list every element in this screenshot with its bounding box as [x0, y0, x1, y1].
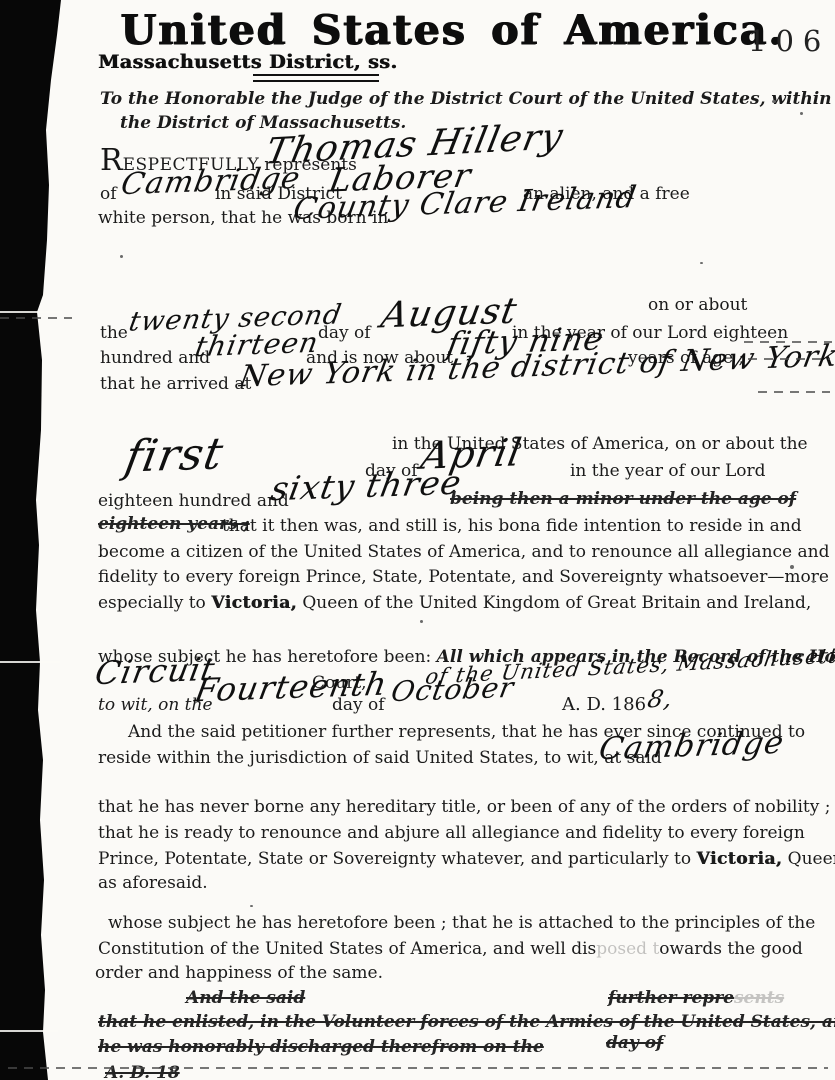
especially-label: especially to [98, 593, 206, 613]
us-arrival-day-handwritten: first [121, 428, 227, 482]
queen-text: Queen of the United Kingdom of Great Bri… [302, 593, 811, 613]
sovereign-name-2: Victoria, [696, 849, 782, 869]
allegiance-line-2a: Constitution of the United States of Ame… [98, 939, 596, 959]
paper-speck [772, 100, 776, 103]
current-residence-handwritten: Cambridge [596, 725, 787, 767]
paper-speck [812, 580, 815, 583]
day-of-label: day of [318, 321, 371, 346]
document-title: United States of America. [120, 6, 710, 54]
intention-line-2: become a citizen of the United States of… [98, 540, 829, 565]
nobility-line-1: that he has never borne any hereditary t… [98, 795, 831, 820]
arrived-at-label: that he arrived at [100, 372, 251, 397]
paper-speck [250, 905, 253, 907]
paper-speck [120, 255, 123, 258]
intention-line-1: that it then was, and still is, his bona… [222, 514, 802, 539]
heading-rule [253, 74, 379, 82]
struck-further-faded: sents [734, 988, 784, 1008]
record-month-handwritten: October [389, 671, 517, 708]
ad-label: A. D. 186 [562, 692, 646, 718]
district-heading: Massachusetts District, ss. [98, 51, 397, 73]
nobility-line-3a: Prince, Potentate, State or Sovereignty … [98, 849, 691, 869]
paper-speck [800, 112, 803, 115]
especially-line: especially to Victoria, Queen of the Uni… [98, 591, 811, 616]
page-number-stamp: 106 [748, 24, 830, 58]
struck-day-of: day of [606, 1033, 663, 1053]
nobility-line-4: as aforesaid. [98, 871, 208, 896]
eighteen-hundred-label: eighteen hundred and [98, 489, 289, 514]
scan-dash-artifact [744, 341, 832, 343]
paper-speck [420, 620, 423, 623]
the-label: the [100, 321, 128, 346]
allegiance-line-2: Constitution of the United States of Ame… [98, 937, 803, 962]
allegiance-line-2-faded: posed t [596, 939, 659, 959]
scan-dash-artifact [0, 317, 72, 319]
respectfully-dropcap: R [100, 143, 123, 178]
struck-further-text: further repre [608, 988, 734, 1008]
salutation-line-1: To the Honorable the Judge of the Distri… [100, 87, 835, 112]
scan-dash-artifact [758, 391, 830, 393]
nobility-line-2: that he is ready to renounce and abjure … [98, 821, 805, 846]
nobility-line-3: Prince, Potentate, State or Sovereignty … [98, 847, 835, 872]
nobility-line-3b: Queen [788, 849, 835, 869]
of-label: of [100, 182, 117, 207]
ad-year-handwritten: 8, [645, 685, 675, 714]
paper-speck [700, 262, 703, 264]
allegiance-line-1: whose subject he has heretofore been ; t… [108, 911, 815, 936]
on-or-about-label: on or about [648, 293, 747, 318]
intention-line-3: fidelity to every foreign Prince, State,… [98, 565, 829, 590]
scan-band-crack [0, 661, 60, 663]
us-arrival-year-handwritten: sixty three [268, 463, 465, 509]
day-of-label-3: day of [332, 693, 385, 718]
struck-discharged-line: he was honorably discharged therefrom on… [98, 1037, 544, 1057]
year-lord-label: in the year of our Lord [570, 459, 766, 484]
petitioner-line-2: reside within the jurisdiction of said U… [98, 746, 662, 771]
scan-bottom-rule [8, 1067, 828, 1069]
struck-and-the-said: And the said [186, 988, 305, 1008]
scan-band-crack [0, 1030, 58, 1032]
sovereign-name: Victoria, [211, 593, 297, 613]
scanned-naturalization-petition: United States of America. 106 Massachuse… [0, 0, 835, 1080]
struck-minor-clause-1: being then a minor under the age of [450, 489, 796, 509]
scan-band-crack [0, 311, 62, 313]
allegiance-line-3: order and happiness of the same. [95, 961, 383, 986]
allegiance-line-2c: owards the good [659, 939, 803, 959]
scan-edge-artifact [0, 0, 64, 1080]
paper-speck [790, 565, 794, 569]
struck-ad-partial: A. D. 18 [105, 1063, 180, 1080]
struck-further-represents: further represents [608, 988, 784, 1008]
scan-dash-artifact [748, 358, 830, 360]
struck-enlisted-line: that he enlisted, in the Volunteer force… [98, 1012, 835, 1032]
